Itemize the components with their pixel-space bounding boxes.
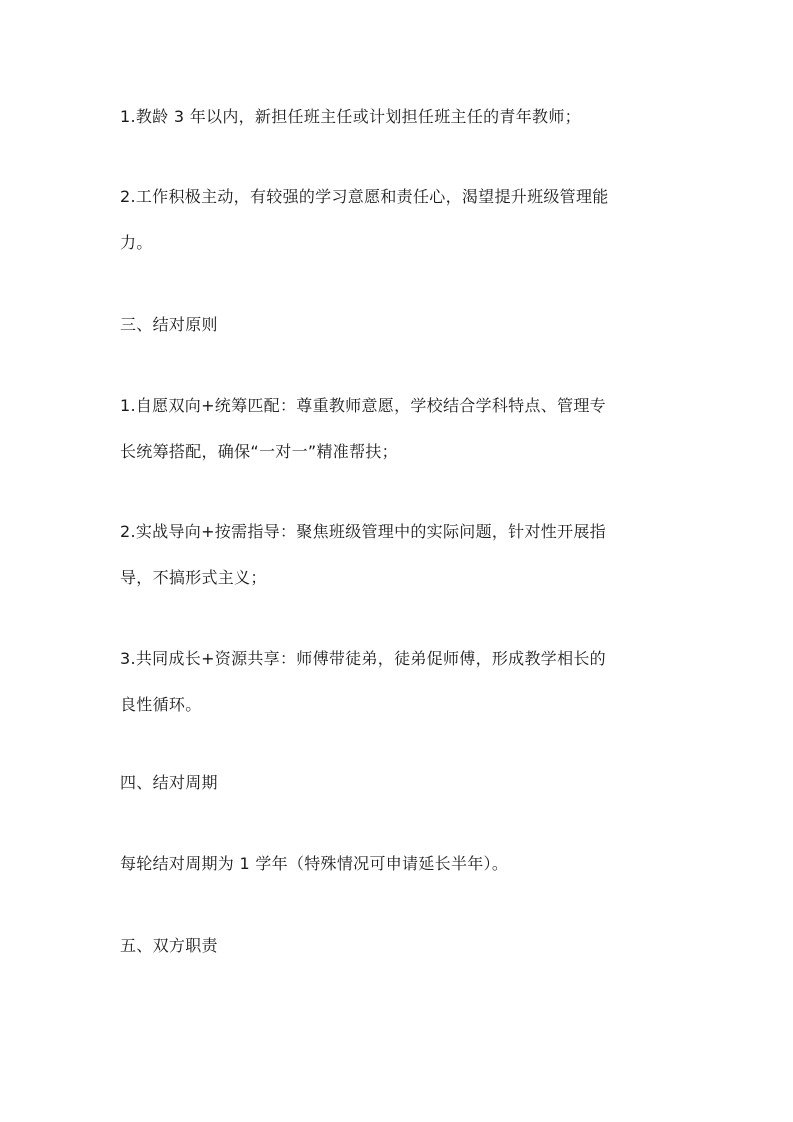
principle-item-3: 3.共同成长+资源共享：师傅带徒弟，徒弟促师傅，形成教学相长的 xyxy=(120,649,680,669)
principle-item-2-continued: 导，不搞形式主义； xyxy=(120,568,680,588)
section-heading-responsibilities: 五、双方职责 xyxy=(120,936,680,956)
section-heading-pairing-period: 四、结对周期 xyxy=(120,773,680,793)
pairing-period-paragraph: 每轮结对周期为 1 学年（特殊情况可申请延长半年）。 xyxy=(120,854,680,874)
criteria-item-1: 1.教龄 3 年以内，新担任班主任或计划担任班主任的青年教师； xyxy=(120,107,680,127)
principle-item-2: 2.实战导向+按需指导：聚焦班级管理中的实际问题，针对性开展指 xyxy=(120,522,680,542)
principle-item-1: 1.自愿双向+统筹匹配：尊重教师意愿，学校结合学科特点、管理专 xyxy=(120,396,680,416)
principle-item-1-continued: 长统筹搭配，确保“一对一”精准帮扶； xyxy=(120,442,680,462)
criteria-item-2: 2.工作积极主动，有较强的学习意愿和责任心，渴望提升班级管理能 xyxy=(120,187,680,207)
principle-item-3-continued: 良性循环。 xyxy=(120,695,680,715)
criteria-item-2-continued: 力。 xyxy=(120,233,680,253)
document-page: 1.教龄 3 年以内，新担任班主任或计划担任班主任的青年教师； 2.工作积极主动… xyxy=(0,0,793,1122)
section-heading-pairing-principles: 三、结对原则 xyxy=(120,315,680,335)
